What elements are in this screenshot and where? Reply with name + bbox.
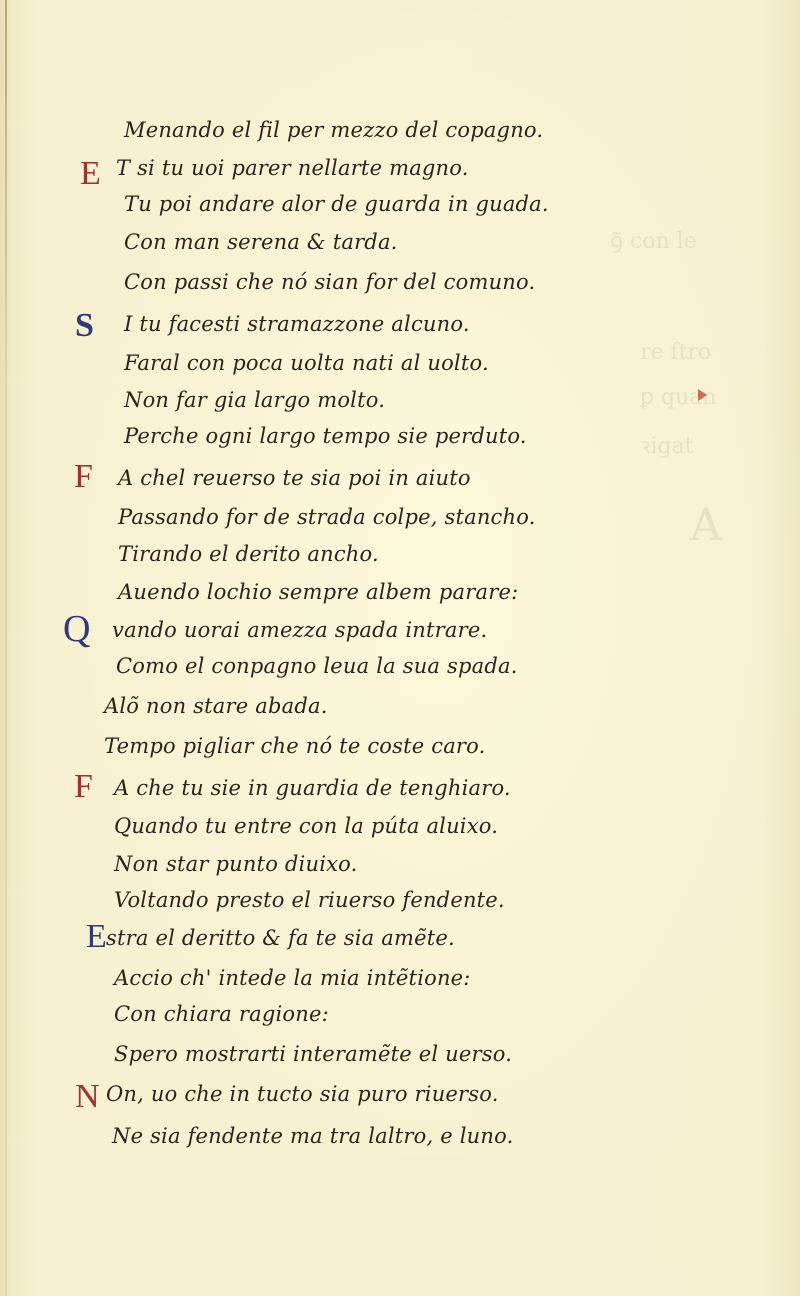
verse-line: Ne sia fendente ma tra laltro, e luno.	[112, 1124, 513, 1148]
verse-line: Passando for de strada colpe, stancho.	[118, 505, 536, 529]
verse-line: Tu poi andare alor de guarda in guada.	[124, 192, 549, 216]
rubric-initial-f: F	[74, 770, 93, 804]
rubric-initial-n: N	[75, 1080, 100, 1114]
verse-line: Spero mostrarti interamẽte el uerso.	[114, 1042, 512, 1066]
show-through-initial: A	[690, 500, 722, 551]
show-through-text: ꝯ̃ con le	[610, 225, 697, 255]
verse-line: Auendo lochio sempre albem parare:	[118, 580, 518, 604]
verse-line: Alõ non stare abada.	[104, 694, 328, 718]
verse-line: Faral con poca uolta nati al uolto.	[124, 351, 489, 375]
verse-line: Tirando el derito ancho.	[118, 542, 379, 566]
verse-line: Con man serena & tarda.	[124, 230, 398, 254]
rubric-initial-e: E	[86, 920, 107, 954]
verse-line: Voltando presto el riuerso fendente.	[114, 888, 505, 912]
rubric-initial-e: E	[80, 157, 101, 191]
verse-line: Accio ch' intede la mia intẽtione:	[114, 966, 471, 990]
verse-line: Menando el fil per mezzo del copagno.	[124, 118, 543, 142]
verse-line: Non far gia largo molto.	[124, 388, 385, 412]
rubric-initial-s: S	[75, 309, 94, 343]
verse-line: I tu facesti stramazzone alcuno.	[124, 312, 470, 336]
page-gutter-edge	[5, 0, 7, 1296]
verse-line: A che tu sie in guardia de tenghiaro.	[114, 776, 511, 800]
rubric-initial-q: Q	[63, 610, 90, 648]
verse-line: vando uorai amezza spada intrare.	[112, 618, 487, 642]
show-through-text: ꝛigat	[640, 430, 694, 460]
verse-line: Perche ogni largo tempo sie perduto.	[124, 424, 527, 448]
manuscript-page: ꝯ̃ con le re ſtro ꝑ quan ꝛigat A E S F Q…	[0, 0, 800, 1296]
show-through-text: re ſtro	[640, 340, 711, 365]
verse-line: Como el conpagno leua la sua spada.	[116, 654, 518, 678]
verse-line: Con chiara ragione:	[114, 1002, 329, 1026]
verse-line: Con passi che nó sian for del comuno.	[124, 270, 535, 294]
margin-red-marker	[698, 389, 707, 401]
verse-line: T si tu uoi parer nellarte magno.	[116, 156, 469, 180]
verse-line: A chel reuerso te sia poi in aiuto	[118, 466, 471, 490]
rubric-initial-f: F	[74, 460, 93, 494]
verse-line: Quando tu entre con la púta aluixo.	[114, 814, 498, 838]
verse-line: stra el deritto & fa te sia amẽte.	[106, 926, 455, 950]
verse-line: Tempo pigliar che nó te coste caro.	[104, 734, 486, 758]
verse-line: On, uo che in tucto sia puro riuerso.	[106, 1082, 499, 1106]
verse-line: Non star punto diuixo.	[114, 852, 358, 876]
